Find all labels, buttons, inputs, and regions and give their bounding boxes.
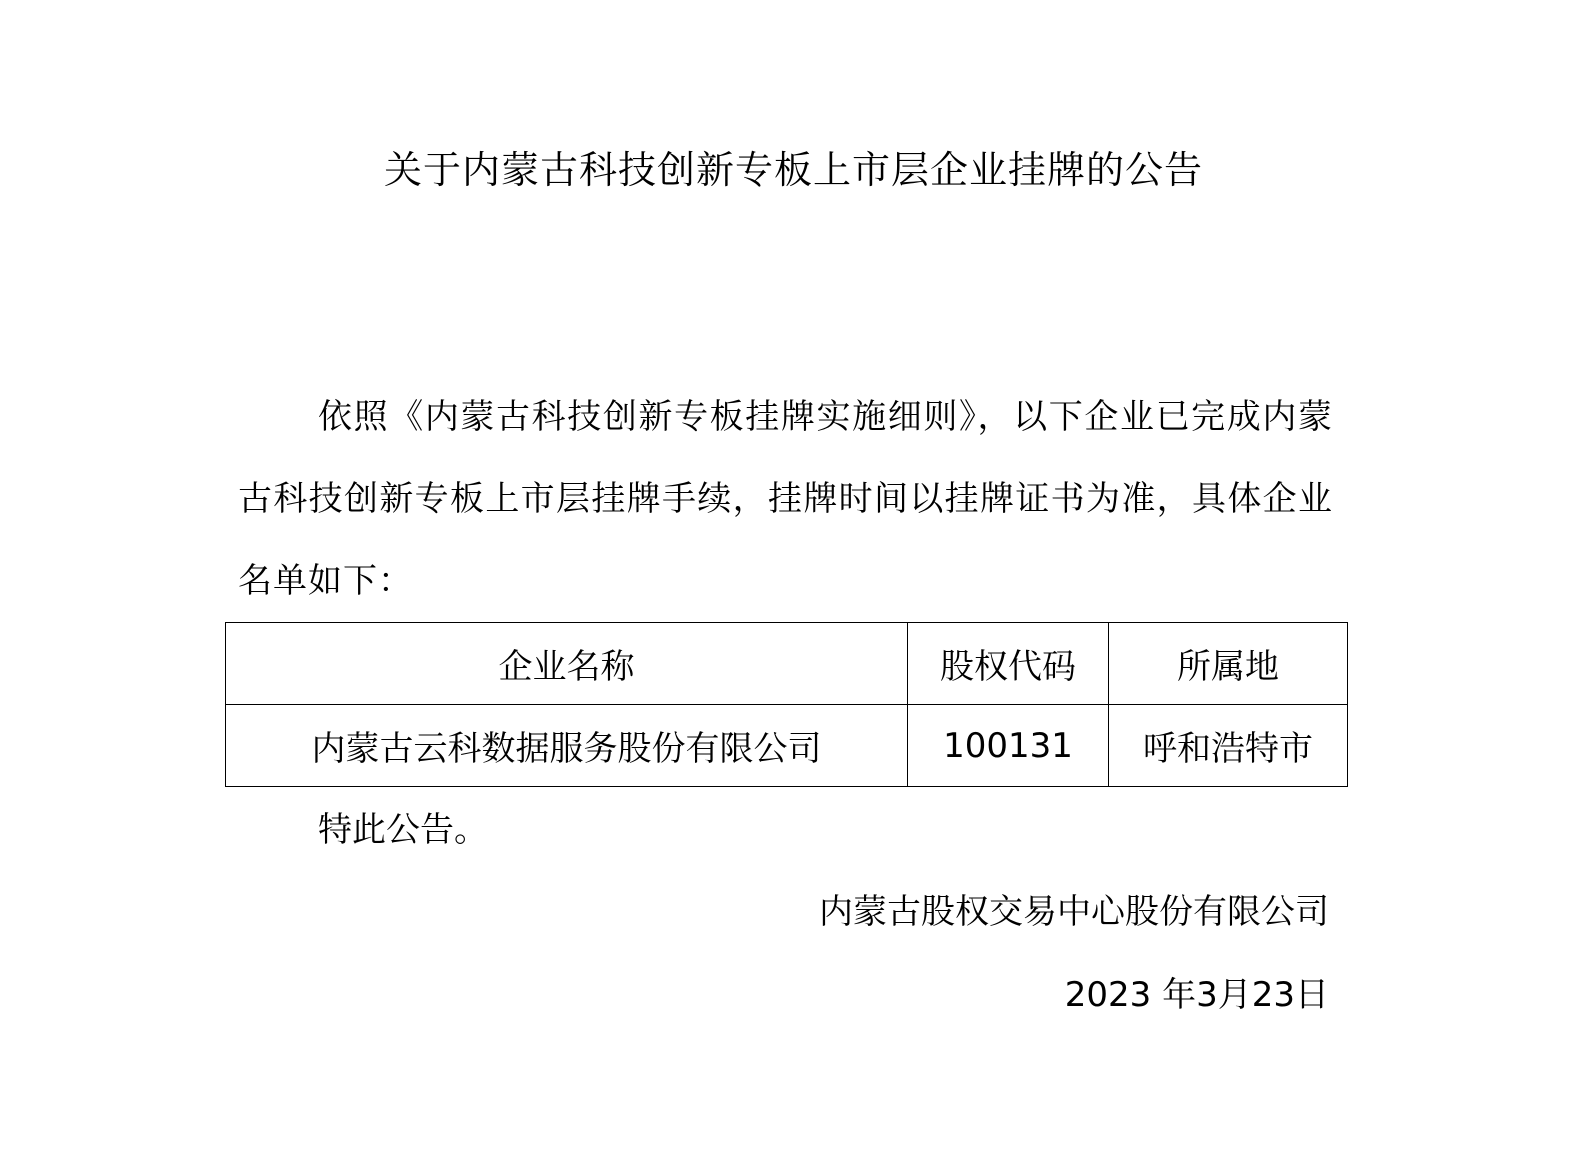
date-month-unit: 月 [1218,975,1252,1015]
table-header-row: 企业名称 股权代码 所属地 [226,623,1348,705]
header-equity-code: 股权代码 [908,623,1109,705]
date-year-unit: 年 [1162,975,1196,1015]
table-row: 内蒙古云科数据服务股份有限公司 100131 呼和浩特市 [226,705,1348,787]
document-title: 关于内蒙古科技创新专板上市层企业挂牌的公告 [0,143,1587,197]
date-month: 3 [1196,975,1218,1015]
date-day-unit: 日 [1295,975,1329,1015]
cell-location: 呼和浩特市 [1109,705,1348,787]
signer-organization: 内蒙古股权交易中心股份有限公司 [819,885,1329,939]
cell-company-name: 内蒙古云科数据服务股份有限公司 [226,705,908,787]
date-day: 23 [1252,975,1295,1015]
cell-equity-code: 100131 [908,705,1109,787]
company-listing-table: 企业名称 股权代码 所属地 内蒙古云科数据服务股份有限公司 100131 呼和浩… [225,622,1348,787]
header-location: 所属地 [1109,623,1348,705]
body-paragraph: 依照《内蒙古科技创新专板挂牌实施细则》，以下企业已完成内蒙古科技创新专板上市层挂… [238,376,1333,622]
header-company-name: 企业名称 [226,623,908,705]
date-year: 2023 [1065,975,1152,1015]
closing-statement: 特此公告。 [318,803,488,857]
issue-date: 2023 年3月23日 [1065,968,1329,1022]
